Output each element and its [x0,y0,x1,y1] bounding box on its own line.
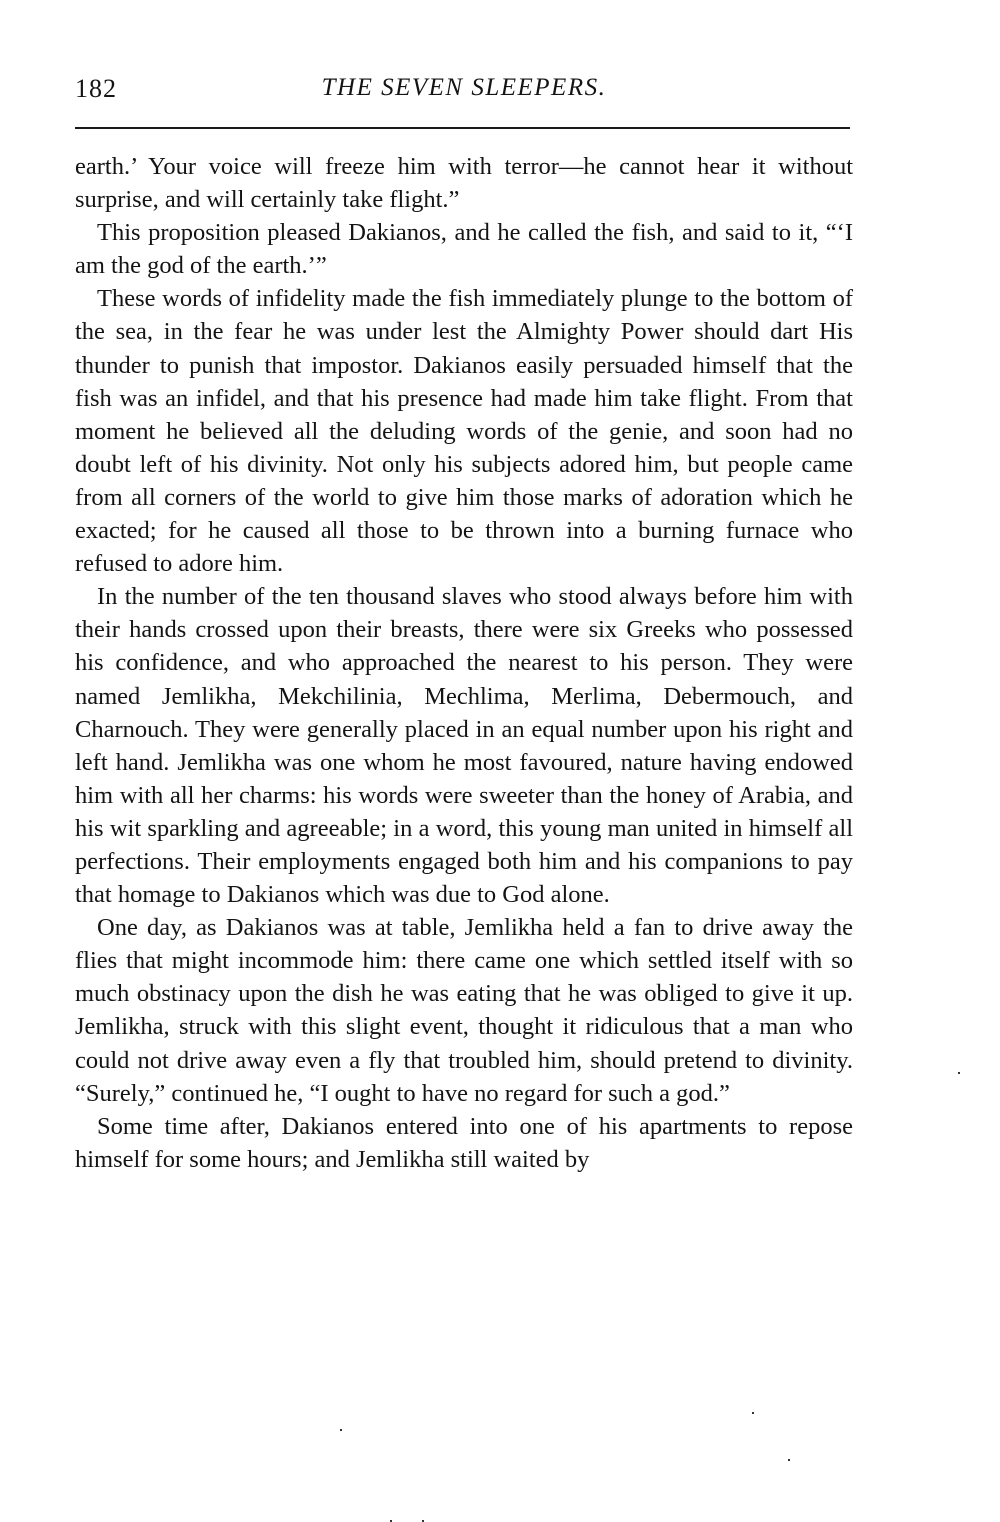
paragraph-proposition: This proposition pleased Dakianos, and h… [75,216,853,282]
header-rule [75,127,850,129]
paragraph-one-day: One day, as Dakianos was at table, Jemli… [75,911,853,1110]
paragraph-continuation: earth.’ Your voice will freeze him with … [75,150,853,216]
scan-speck [788,1459,790,1461]
paragraph-some-time-after: Some time after, Dakianos entered into o… [75,1110,853,1176]
scan-speck [752,1412,754,1414]
body-text: earth.’ Your voice will freeze him with … [75,150,853,1176]
scan-speck [340,1429,342,1431]
scan-speck [958,1072,960,1074]
running-head: 182 THE SEVEN SLEEPERS. [75,74,853,114]
paragraph-infidelity: These words of infidelity made the fish … [75,282,853,580]
running-title: THE SEVEN SLEEPERS. [75,74,853,102]
paragraph-slaves: In the number of the ten thousand slaves… [75,580,853,911]
